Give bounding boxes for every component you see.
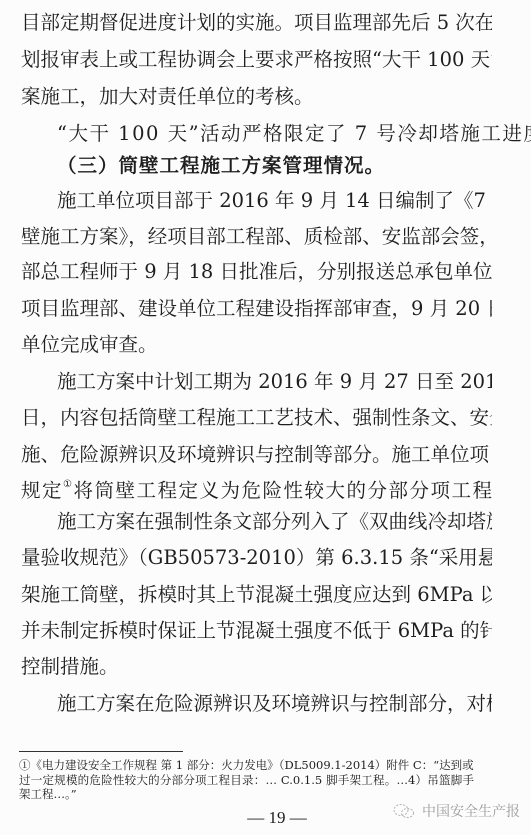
watermark-text: 中国安全生产报	[422, 801, 520, 821]
line-prefix: 规定	[21, 479, 63, 502]
footnote-line: 架工程…。”	[19, 787, 474, 801]
body-line: 架施工筒壁，拆模时其上节混凝土强度应达到 6MPa 以上”，但	[21, 582, 492, 608]
footnote-divider	[19, 751, 183, 752]
body-line: 施工单位项目部于 2016 年 9 月 14 日编制了《7 号冷却塔筒	[57, 188, 492, 214]
footnote-line: ①《电力建设安全工作规程 第 1 部分：火力发电》（DL5009.1-2014）…	[19, 758, 474, 772]
body-line: 施工方案在强制性条文部分列入了《双曲线冷却塔施工与质	[57, 509, 492, 535]
body-line: 规定①将筒壁工程定义为危险性较大的分部分项工程。	[21, 478, 492, 504]
body-line: “大干 100 天”活动严格限定了 7 号冷却塔施工进度。	[57, 121, 531, 147]
body-line: 项目监理部、建设单位工程建设指挥部审查，9 月 20 日上述各	[21, 296, 492, 322]
body-line: 部总工程师于 9 月 18 日批准后，分别报送总承包单位项目部、	[21, 259, 492, 285]
body-line: 施工方案在危险源辨识及环境辨识与控制部分，对模板工程	[57, 691, 492, 717]
section-heading: （三）筒壁工程施工方案管理情况。	[57, 153, 492, 179]
line-rest: 将筒壁工程定义为危险性较大的分部分项工程。	[73, 479, 492, 502]
footnote-line: 过一定规模的危险性较大的分部分项工程目录：… C.0.1.5 脚手架工程。…4）…	[19, 773, 474, 787]
body-line: 日，内容包括筒壁工程施工工艺技术、强制性条文、安全技术措	[21, 405, 492, 431]
body-line: 单位完成审查。	[21, 332, 492, 358]
body-line: 壁施工方案》，经项目部工程部、质检部、安监部会签，报项目	[21, 224, 492, 250]
body-line: 施工方案中计划工期为 2016 年 9 月 27 日至 2017 年 1 月 1…	[57, 369, 492, 395]
body-line: 并未制定拆模时保证上节混凝土强度不低于 6MPa 的针对性管理	[21, 618, 492, 644]
watermark: 中国安全生产报	[392, 801, 520, 821]
footnote-ref[interactable]: ①	[63, 479, 73, 490]
body-line: 目部定期督促进度计划的实施。项目监理部先后 5 次在月进度计	[21, 10, 492, 36]
body-line: 案施工，加大对责任单位的考核。	[21, 84, 492, 110]
wechat-icon	[392, 803, 416, 819]
body-line: 划报审表上或工程协调会上要求严格按照“大干 100 天”策划方	[21, 47, 492, 73]
body-line: 控制措施。	[21, 654, 492, 680]
body-line: 施、危险源辨识及环境辨识与控制等部分。施工单位项目部未按	[21, 442, 492, 468]
body-line: 量验收规范》（GB50573-2010）第 6.3.15 条“采用悬挂式脚手	[21, 545, 492, 571]
page-number: — 19 —	[232, 806, 322, 830]
